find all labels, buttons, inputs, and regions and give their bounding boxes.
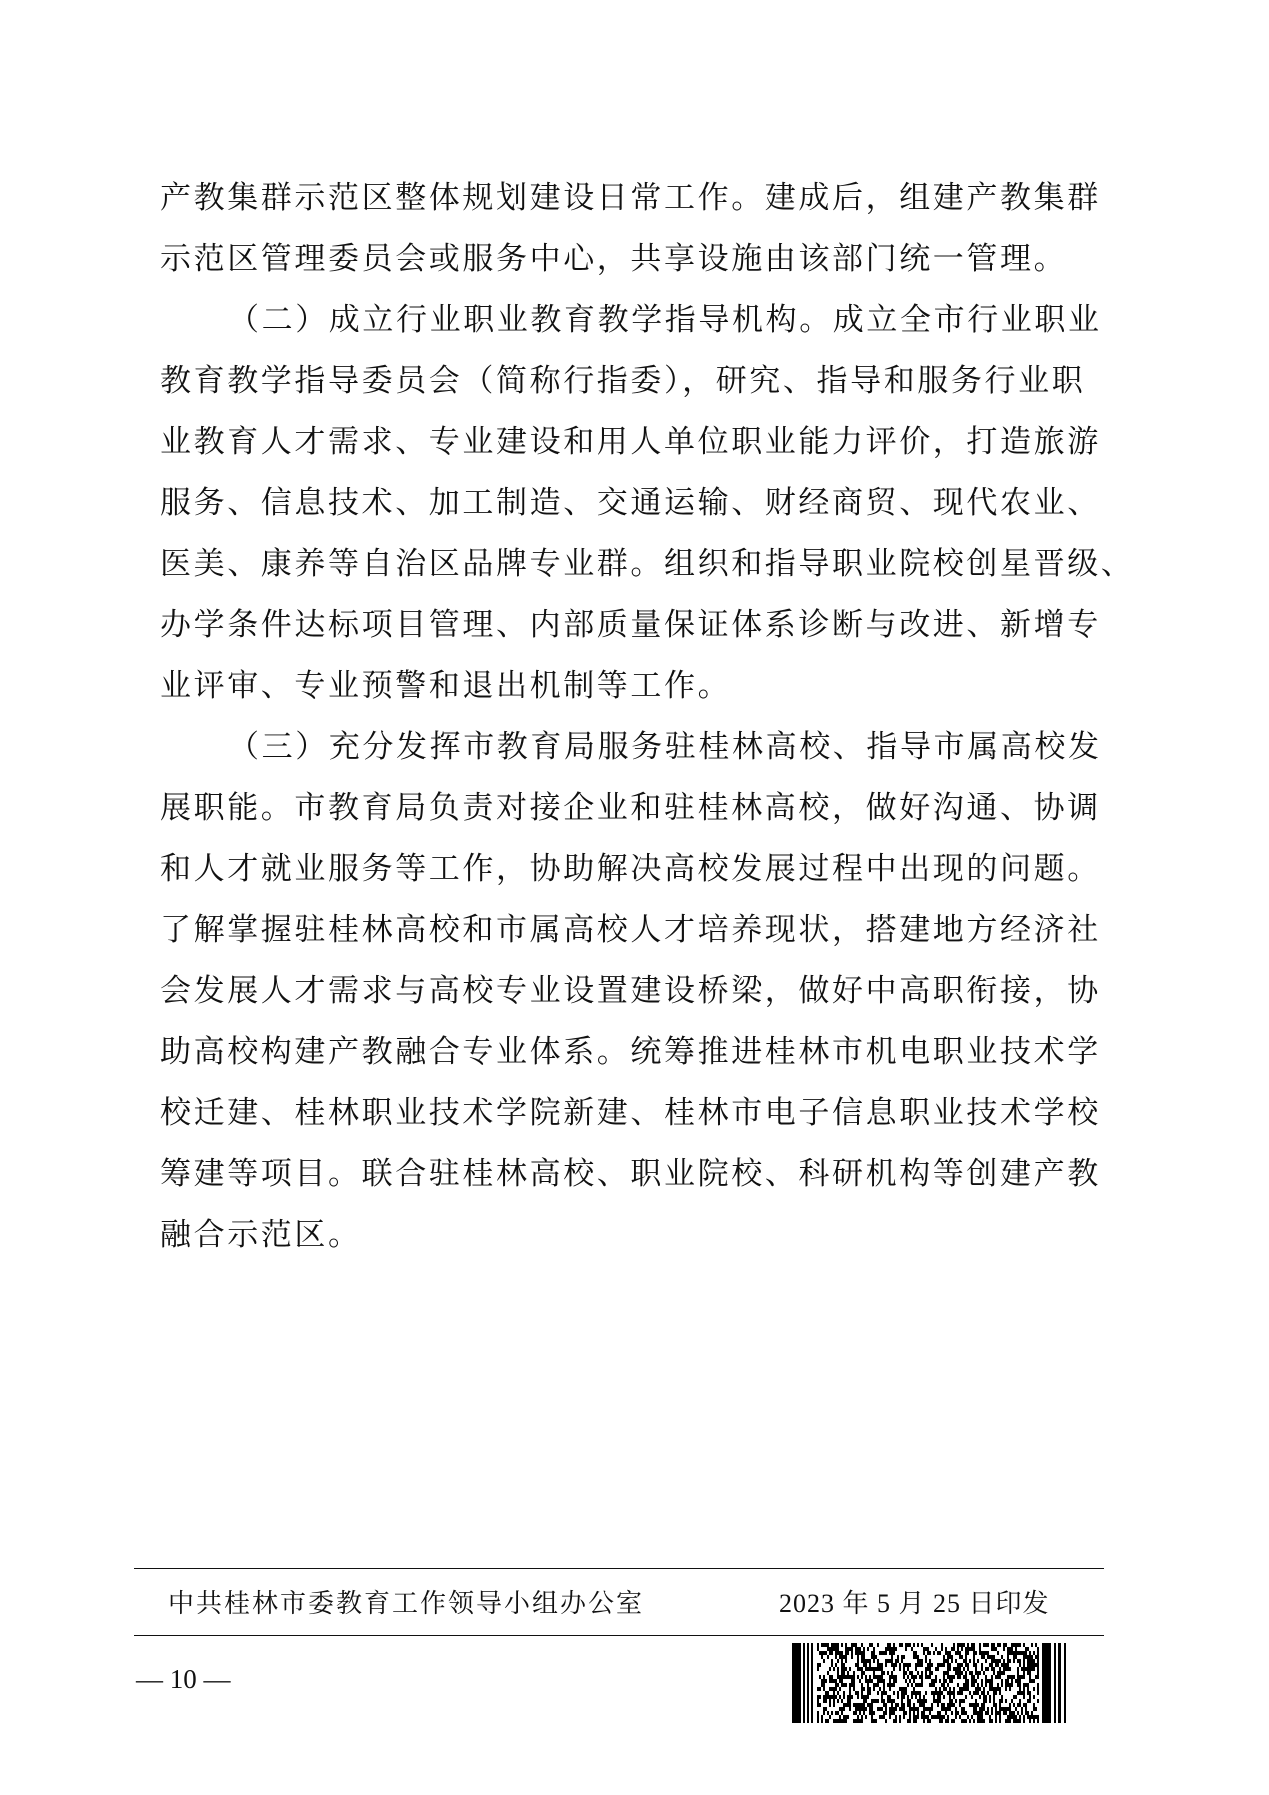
text-line: 融合示范区。 — [160, 1205, 1115, 1266]
page-number: — 10 — — [136, 1664, 231, 1695]
text-line: 筹建等项目。联合驻桂林高校、职业院校、科研机构等创建产教 — [160, 1144, 1115, 1205]
footer-top-rule — [134, 1568, 1104, 1569]
text-line: 办学条件达标项目管理、内部质量保证体系诊断与改进、新增专 — [160, 595, 1115, 656]
text-line: 和人才就业服务等工作，协助解决高校发展过程中出现的问题。 — [160, 839, 1115, 900]
footer-bottom-rule — [134, 1635, 1104, 1636]
document-page: 产教集群示范区整体规划建设日常工作。建成后，组建产教集群 示范区管理委员会或服务… — [0, 0, 1269, 1795]
text-line: 会发展人才需求与高校专业设置建设桥梁，做好中高职衔接，协 — [160, 961, 1115, 1022]
text-line: 医美、康养等自治区品牌专业群。组织和指导职业院校创星晋级、 — [160, 534, 1115, 595]
issuer-name: 中共桂林市委教育工作领导小组办公室 — [168, 1583, 644, 1620]
body-text: 产教集群示范区整体规划建设日常工作。建成后，组建产教集群 示范区管理委员会或服务… — [160, 168, 1115, 1266]
issue-date: 2023 年 5 月 25 日印发 — [779, 1583, 1050, 1620]
text-line: 服务、信息技术、加工制造、交通运输、财经商贸、现代农业、 — [160, 473, 1115, 534]
section-heading-line: （二）成立行业职业教育教学指导机构。成立全市行业职业 — [160, 290, 1115, 351]
pdf417-barcode-icon — [792, 1643, 1068, 1723]
text-line: 教育教学指导委员会（简称行指委），研究、指导和服务行业职 — [160, 351, 1115, 412]
text-line: 产教集群示范区整体规划建设日常工作。建成后，组建产教集群 — [160, 168, 1115, 229]
text-line: 校迁建、桂林职业技术学院新建、桂林市电子信息职业技术学校 — [160, 1083, 1115, 1144]
text-line: 示范区管理委员会或服务中心，共享设施由该部门统一管理。 — [160, 229, 1115, 290]
text-line: 业教育人才需求、专业建设和用人单位职业能力评价，打造旅游 — [160, 412, 1115, 473]
text-line: 业评审、专业预警和退出机制等工作。 — [160, 656, 1115, 717]
text-line: 展职能。市教育局负责对接企业和驻桂林高校，做好沟通、协调 — [160, 778, 1115, 839]
text-line: 了解掌握驻桂林高校和市属高校人才培养现状，搭建地方经济社 — [160, 900, 1115, 961]
text-line: 助高校构建产教融合专业体系。统筹推进桂林市机电职业技术学 — [160, 1022, 1115, 1083]
section-heading-line: （三）充分发挥市教育局服务驻桂林高校、指导市属高校发 — [160, 717, 1115, 778]
